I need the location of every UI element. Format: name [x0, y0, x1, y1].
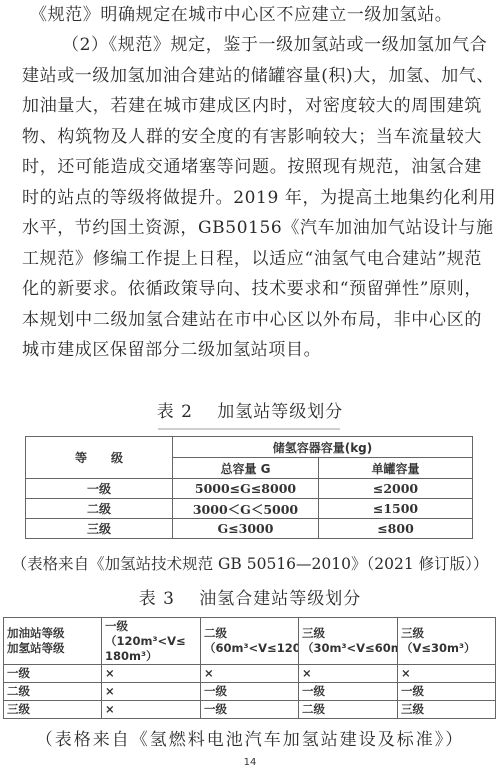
text-line: 水平，节约国土资源，GB50156《汽车加油加气站设计与施	[22, 213, 482, 244]
table2-top-rule	[158, 428, 340, 430]
col-line1: 二级	[204, 626, 295, 641]
col-header: 二级 （60m³<V≤120m³）	[201, 618, 299, 665]
single-cell: ≤2000	[319, 479, 473, 499]
page-number: 14	[0, 757, 500, 768]
value-cell: 一级	[201, 683, 299, 701]
single-cell: ≤800	[319, 519, 473, 539]
col-line2: （60m³<V≤120m³）	[204, 641, 295, 656]
table-row: 一级 × × × ×	[4, 665, 496, 683]
grade-cell: 三级	[4, 701, 102, 719]
text-line: 工规范》修编工作提上日程，以适应“油氢气电合建站”规范	[22, 244, 482, 275]
paragraph-2: （2）《规范》规定，鉴于一级加氢站或一级加氢加气合 建站或一级加氢加油合建站的储…	[22, 30, 482, 366]
table-row: 一级 5000≤G≤8000 ≤2000	[26, 479, 473, 499]
col-line3: 180m³）	[105, 649, 197, 663]
grade-cell: 二级	[26, 499, 173, 519]
corner-header: 加油站等级 加氢站等级	[4, 618, 102, 665]
table2-source: （表格来自《加氢站技术规范 GB 50516—2010》（2021 修订版））	[0, 552, 500, 574]
table3-combined-station-grades: 加油站等级 加氢站等级 一级 （120m³<V≤ 180m³） 二级 （60m³…	[3, 617, 496, 719]
text-line: 《规范》明确规定在城市中心区不应建立一级加氢站。	[22, 0, 482, 31]
col-line1: 一级	[105, 619, 197, 634]
grade-cell: 二级	[4, 683, 102, 701]
text-line: 时的站点的等级将做提升。2019 年，为提高土地集约化利用	[22, 183, 482, 214]
value-cell: ×	[398, 665, 496, 683]
col-header: 三级 （V≤30m³）	[398, 618, 496, 665]
total-cell: 3000＜G＜5000	[173, 499, 319, 519]
header-single: 单罐容量	[319, 458, 473, 479]
col-line2: （V≤30m³）	[401, 641, 492, 656]
value-cell: 一级	[201, 701, 299, 719]
table3-caption: 表 3 油氢合建站等级划分	[0, 584, 500, 609]
grade-cell: 三级	[26, 519, 173, 539]
text-line: （2）《规范》规定，鉴于一级加氢站或一级加氢加气合	[22, 30, 482, 61]
corner-line1: 加油站等级	[7, 626, 98, 641]
value-cell: ×	[102, 665, 201, 683]
header-total: 总容量 G	[173, 458, 319, 479]
value-cell: 二级	[299, 701, 398, 719]
table-row: 二级 × 一级 一级 一级	[4, 683, 496, 701]
table2-hydrogen-station-grades: 等 级 储氢容器容量(kg) 总容量 G 单罐容量 一级 5000≤G≤8000…	[25, 436, 473, 539]
value-cell: ×	[102, 701, 201, 719]
table-row: 三级 × 一级 二级 三级	[4, 701, 496, 719]
value-cell: 三级	[398, 701, 496, 719]
header-grade: 等 级	[26, 437, 173, 479]
paragraph-1: 《规范》明确规定在城市中心区不应建立一级加氢站。	[22, 0, 482, 31]
text-line: 本规划中二级加氢合建站在市中心区以外布局，非中心区的	[22, 305, 482, 336]
table-row: 三级 G≤3000 ≤800	[26, 519, 473, 539]
text-line: 时，还可能造成交通堵塞等问题。按照现有规范，油氢合建	[22, 152, 482, 183]
grade-cell: 一级	[4, 665, 102, 683]
text-line: 建站或一级加氢加油合建站的储罐容量(积)大，加氢、加气、	[22, 61, 482, 92]
table2-caption: 表 2 加氢站等级划分	[0, 397, 500, 422]
header-capacity: 储氢容器容量(kg)	[173, 437, 473, 458]
table-row: 二级 3000＜G＜5000 ≤1500	[26, 499, 473, 519]
col-line1: 三级	[302, 626, 394, 641]
col-line1: 三级	[401, 626, 492, 641]
value-cell: ×	[299, 665, 398, 683]
value-cell: ×	[102, 683, 201, 701]
value-cell: 一级	[398, 683, 496, 701]
value-cell: 一级	[299, 683, 398, 701]
text-line: 加油量大，若建在城市建成区内时，对密度较大的周围建筑	[22, 91, 482, 122]
col-line2: （30m³<V≤60m³）	[302, 641, 394, 656]
text-line: 城市建成区保留部分二级加氢站项目。	[22, 335, 482, 366]
single-cell: ≤1500	[319, 499, 473, 519]
col-header: 一级 （120m³<V≤ 180m³）	[102, 618, 201, 665]
corner-line2: 加氢站等级	[7, 641, 98, 656]
grade-cell: 一级	[26, 479, 173, 499]
text-line: 化的新要求。依循政策导向、技术要求和“预留弹性”原则，	[22, 274, 482, 305]
text-line: 物、构筑物及人群的安全度的有害影响较大；当车流量较大	[22, 122, 482, 153]
value-cell: ×	[201, 665, 299, 683]
col-header: 三级 （30m³<V≤60m³）	[299, 618, 398, 665]
table3-source: （表格来自《氢燃料电池汽车加氢站建设及标准》）	[0, 725, 500, 750]
col-line2: （120m³<V≤	[105, 634, 197, 649]
total-cell: G≤3000	[173, 519, 319, 539]
total-cell: 5000≤G≤8000	[173, 479, 319, 499]
